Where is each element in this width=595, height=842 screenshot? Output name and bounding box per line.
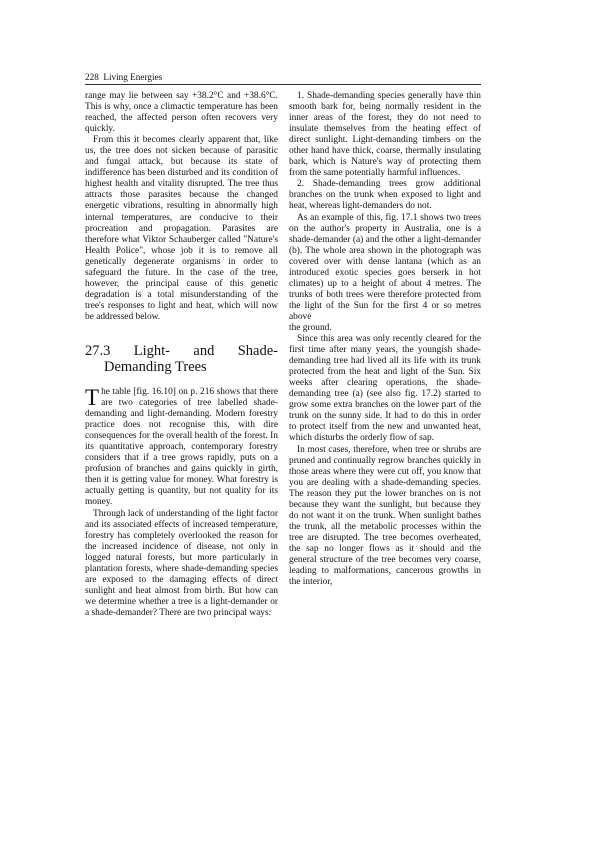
paragraph: Since this area was only recently cleare… — [289, 334, 481, 444]
paragraph-text: he table [fig. 16.10] on p. 216 shows th… — [85, 387, 278, 507]
book-title: Living Energies — [103, 72, 162, 82]
right-column: 1. Shade-demanding species generally hav… — [289, 91, 481, 588]
paragraph: In most cases, therefore, when tree or s… — [289, 445, 481, 589]
paragraph: range may lie between say +38.2°C and +3… — [85, 91, 278, 135]
paragraph: the ground. — [289, 323, 481, 334]
paragraph: The table [fig. 16.10] on p. 216 shows t… — [85, 387, 278, 509]
drop-cap: T — [85, 388, 99, 407]
paragraph: As an example of this, fig. 17.1 shows t… — [289, 213, 481, 323]
header-rule — [85, 84, 481, 85]
page-number: 228 — [85, 72, 99, 82]
list-item: 2. Shade-demanding trees grow additional… — [289, 179, 481, 212]
section-heading: 27.3 Light- and Shade-Demanding Trees — [85, 343, 278, 375]
running-header: 228 Living Energies — [85, 72, 481, 83]
paragraph: Through lack of understanding of the lig… — [85, 509, 278, 619]
paragraph: From this it becomes clearly apparent th… — [85, 135, 278, 323]
left-column: range may lie between say +38.2°C and +3… — [85, 91, 278, 619]
list-item: 1. Shade-demanding species generally hav… — [289, 91, 481, 179]
